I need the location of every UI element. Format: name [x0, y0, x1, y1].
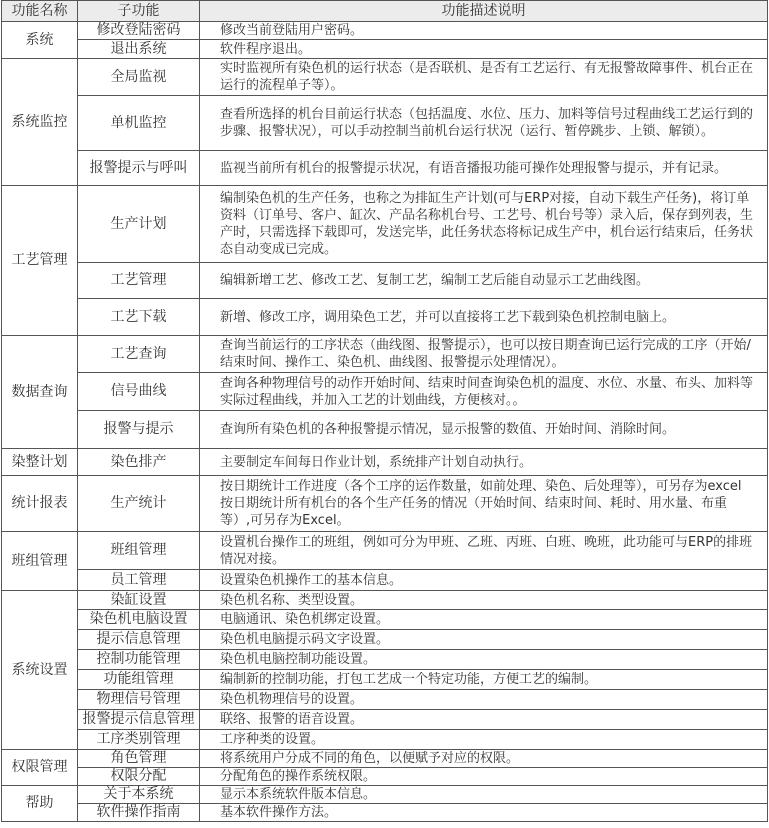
description-cell: 电脑通讯、染色机绑定设置。	[200, 610, 768, 630]
sub-function-cell: 退出系统	[78, 40, 200, 59]
category-cell: 系统监控	[2, 59, 78, 186]
table-row: 权限分配分配角色的操作系统权限。	[2, 768, 768, 786]
category-cell: 系统设置	[2, 591, 78, 750]
table-row: 工艺管理编辑新增工艺、修改工艺、复制工艺，编制工艺后能自动显示工艺曲线图。	[2, 263, 768, 299]
sub-function-cell: 全局监视	[78, 59, 200, 96]
table-row: 系统监控全局监视实时监视所有染色机的运行状态（是否联机、是否有工艺运行、有无报警…	[2, 59, 768, 96]
sub-function-cell: 权限分配	[78, 768, 200, 786]
table-row: 染色机电脑设置电脑通讯、染色机绑定设置。	[2, 610, 768, 630]
category-cell: 班组管理	[2, 532, 78, 591]
sub-function-cell: 员工管理	[78, 570, 200, 591]
description-cell: 工序种类的设置。	[200, 730, 768, 750]
description-cell: 联络、报警的语音设置。	[200, 710, 768, 730]
table-row: 染整计划染色排产主要制定车间每日作业计划，系统排产计划自动执行。	[2, 449, 768, 476]
description-cell: 主要制定车间每日作业计划，系统排产计划自动执行。	[200, 449, 768, 476]
description-cell: 查询各种物理信号的动作开始时间、结束时间查询染色机的温度、水位、水量、布头、加料…	[200, 373, 768, 411]
sub-function-cell: 报警与提示	[78, 411, 200, 449]
table-row: 帮助关于本系统显示本系统软件版本信息。	[2, 786, 768, 804]
description-cell: 染色机物理信号的设置。	[200, 690, 768, 710]
table-row: 软件操作指南基本软件操作方法。	[2, 804, 768, 822]
description-cell: 显示本系统软件版本信息。	[200, 786, 768, 804]
category-cell: 工艺管理	[2, 186, 78, 336]
sub-function-cell: 信号曲线	[78, 373, 200, 411]
category-cell: 系统	[2, 22, 78, 59]
table-row: 控制功能管理染色机电脑控制功能设置。	[2, 650, 768, 670]
sub-function-cell: 染缸设置	[78, 591, 200, 610]
table-row: 退出系统软件程序退出。	[2, 40, 768, 59]
description-cell: 编制新的控制功能，打包工艺成一个特定功能，方便工艺的编制。	[200, 670, 768, 690]
description-cell: 新增、修改工序，调用染色工艺，并可以直接将工艺下载到染色机控制电脑上。	[200, 299, 768, 336]
description-cell: 设置染色机操作工的基本信息。	[200, 570, 768, 591]
sub-function-cell: 软件操作指南	[78, 804, 200, 822]
table-row: 工序类别管理工序种类的设置。	[2, 730, 768, 750]
table-row: 工艺下载新增、修改工序，调用染色工艺，并可以直接将工艺下载到染色机控制电脑上。	[2, 299, 768, 336]
category-cell: 权限管理	[2, 750, 78, 786]
description-cell: 监视当前所有机台的报警提示状况，有语音播报功能可操作处理报警与提示，并有记录。	[200, 151, 768, 186]
sub-function-cell: 提示信息管理	[78, 630, 200, 650]
description-cell: 染色机名称、类型设置。	[200, 591, 768, 610]
description-cell: 查询所有染色机的各种报警提示情况，显示报警的数值、开始时间、消除时间。	[200, 411, 768, 449]
description-cell: 编辑新增工艺、修改工艺、复制工艺，编制工艺后能自动显示工艺曲线图。	[200, 263, 768, 299]
sub-function-cell: 生产计划	[78, 186, 200, 263]
table-row: 报警提示信息管理联络、报警的语音设置。	[2, 710, 768, 730]
table-row: 数据查询工艺查询查询当前运行的工序状态（曲线图、报警提示），也可以按日期查询已运…	[2, 336, 768, 373]
table-row: 物理信号管理染色机物理信号的设置。	[2, 690, 768, 710]
category-cell: 染整计划	[2, 449, 78, 476]
sub-function-cell: 染色机电脑设置	[78, 610, 200, 630]
category-cell: 帮助	[2, 786, 78, 822]
description-cell: 查看所选择的机台目前运行状态（包括温度、水位、压力、加料等信号过程曲线工艺运行到…	[200, 96, 768, 151]
description-cell: 查询当前运行的工序状态（曲线图、报警提示），也可以按日期查询已运行完成的工序（开…	[200, 336, 768, 373]
header-sub-function: 子功能	[78, 1, 200, 22]
sub-function-cell: 报警提示信息管理	[78, 710, 200, 730]
description-cell: 实时监视所有染色机的运行状态（是否联机、是否有工艺运行、有无报警故障事件、机台正…	[200, 59, 768, 96]
table-row: 提示信息管理染色机电脑提示码文字设置。	[2, 630, 768, 650]
table-row: 系统修改登陆密码修改当前登陆用户密码。	[2, 22, 768, 40]
description-cell: 染色机电脑提示码文字设置。	[200, 630, 768, 650]
sub-function-cell: 工艺查询	[78, 336, 200, 373]
table-row: 单机监控查看所选择的机台目前运行状态（包括温度、水位、压力、加料等信号过程曲线工…	[2, 96, 768, 151]
description-cell: 基本软件操作方法。	[200, 804, 768, 822]
table-row: 系统设置染缸设置染色机名称、类型设置。	[2, 591, 768, 610]
category-cell: 数据查询	[2, 336, 78, 449]
table-row: 功能组管理编制新的控制功能，打包工艺成一个特定功能，方便工艺的编制。	[2, 670, 768, 690]
header-description: 功能描述说明	[200, 1, 768, 22]
description-cell: 编制染色机的生产任务，也称之为排缸生产计划(可与ERP对接，自动下载生产任务)，…	[200, 186, 768, 263]
table-row: 员工管理设置染色机操作工的基本信息。	[2, 570, 768, 591]
sub-function-cell: 班组管理	[78, 532, 200, 570]
description-cell: 将系统用户分成不同的角色，以便赋予对应的权限。	[200, 750, 768, 768]
description-cell: 修改当前登陆用户密码。	[200, 22, 768, 40]
header-row: 功能名称 子功能 功能描述说明	[2, 1, 768, 22]
sub-function-cell: 角色管理	[78, 750, 200, 768]
table-row: 报警与提示查询所有染色机的各种报警提示情况，显示报警的数值、开始时间、消除时间。	[2, 411, 768, 449]
table-body: 系统修改登陆密码修改当前登陆用户密码。退出系统软件程序退出。系统监控全局监视实时…	[2, 22, 768, 822]
sub-function-cell: 功能组管理	[78, 670, 200, 690]
description-cell: 软件程序退出。	[200, 40, 768, 59]
description-cell: 按日期统计工作进度（各个工序的运作数量，如前处理、染色、后处理等），可另存为ex…	[200, 476, 768, 532]
description-cell: 分配角色的操作系统权限。	[200, 768, 768, 786]
table-row: 统计报表生产统计按日期统计工作进度（各个工序的运作数量，如前处理、染色、后处理等…	[2, 476, 768, 532]
sub-function-cell: 工序类别管理	[78, 730, 200, 750]
description-cell: 染色机电脑控制功能设置。	[200, 650, 768, 670]
sub-function-cell: 工艺下载	[78, 299, 200, 336]
sub-function-cell: 控制功能管理	[78, 650, 200, 670]
category-cell: 统计报表	[2, 476, 78, 532]
sub-function-cell: 报警提示与呼叫	[78, 151, 200, 186]
description-cell: 设置机台操作工的班组，例如可分为甲班、乙班、丙班、白班、晚班，此功能可与ERP的…	[200, 532, 768, 570]
sub-function-cell: 染色排产	[78, 449, 200, 476]
table-row: 信号曲线查询各种物理信号的动作开始时间、结束时间查询染色机的温度、水位、水量、布…	[2, 373, 768, 411]
sub-function-cell: 单机监控	[78, 96, 200, 151]
table-row: 权限管理角色管理将系统用户分成不同的角色，以便赋予对应的权限。	[2, 750, 768, 768]
sub-function-cell: 生产统计	[78, 476, 200, 532]
sub-function-cell: 工艺管理	[78, 263, 200, 299]
table-row: 班组管理班组管理设置机台操作工的班组，例如可分为甲班、乙班、丙班、白班、晚班，此…	[2, 532, 768, 570]
sub-function-cell: 修改登陆密码	[78, 22, 200, 40]
header-function-name: 功能名称	[2, 1, 78, 22]
table-row: 工艺管理生产计划编制染色机的生产任务，也称之为排缸生产计划(可与ERP对接，自动…	[2, 186, 768, 263]
table-row: 报警提示与呼叫监视当前所有机台的报警提示状况，有语音播报功能可操作处理报警与提示…	[2, 151, 768, 186]
sub-function-cell: 关于本系统	[78, 786, 200, 804]
sub-function-cell: 物理信号管理	[78, 690, 200, 710]
function-table: 功能名称 子功能 功能描述说明 系统修改登陆密码修改当前登陆用户密码。退出系统软…	[1, 0, 768, 822]
